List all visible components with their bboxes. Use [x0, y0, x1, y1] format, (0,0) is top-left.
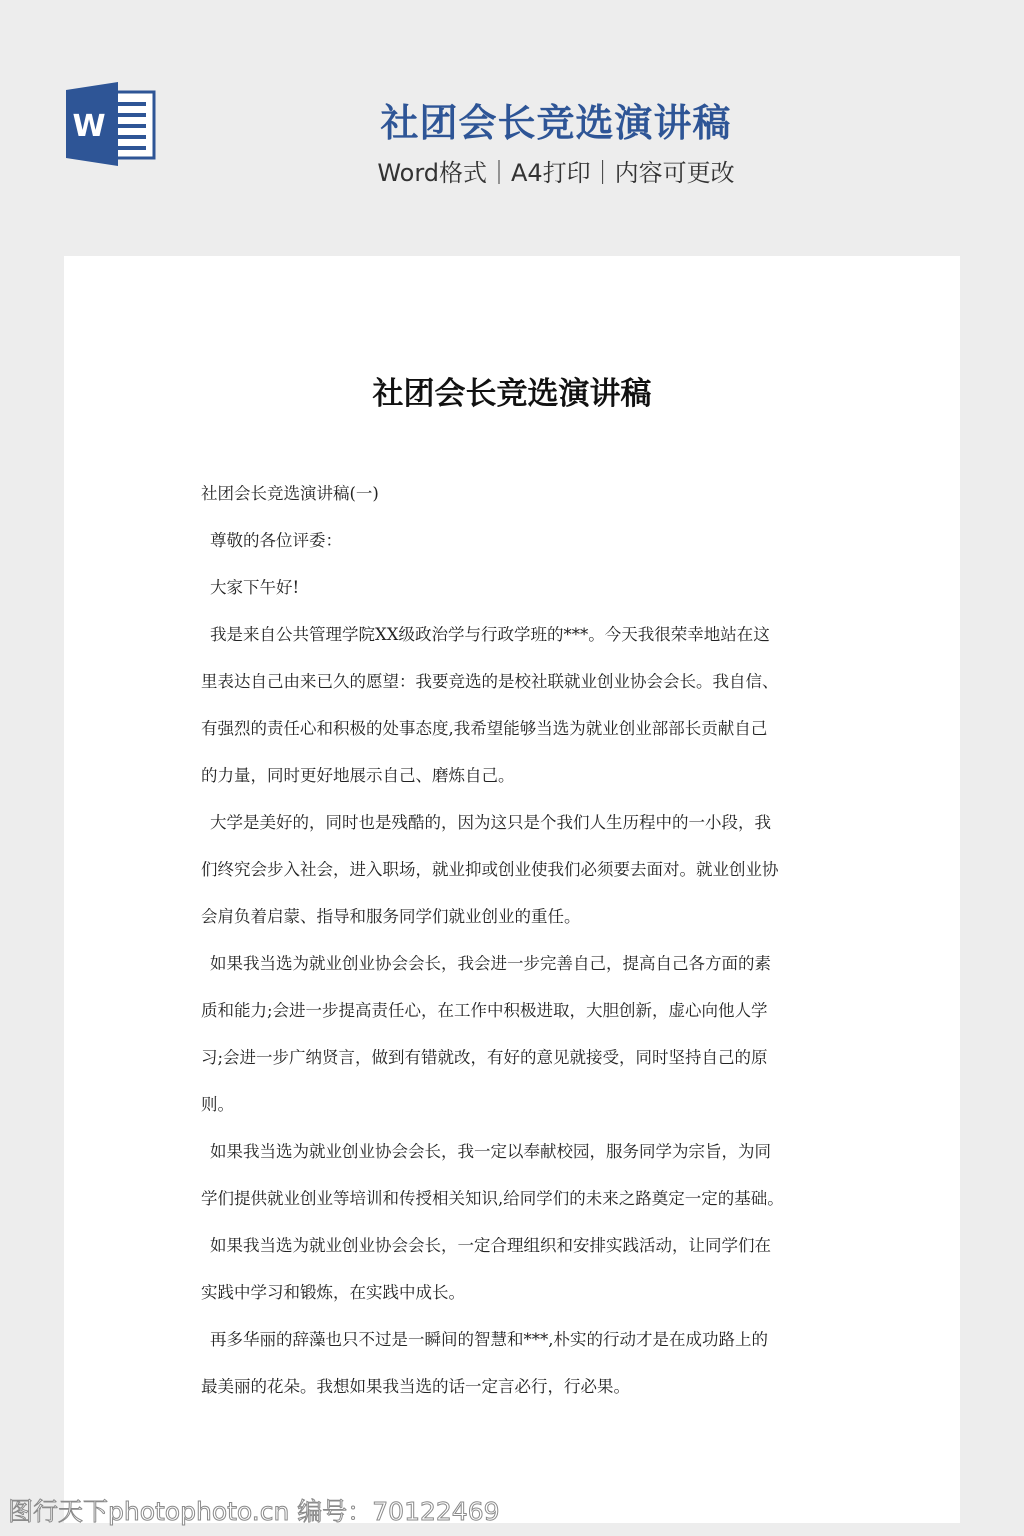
document-line: 里表达自己由来已久的愿望：我要竞选的是校社联就业创业协会会长。我自信、	[201, 658, 841, 705]
document-line: 大家下午好!	[201, 564, 841, 611]
document-line: 实践中学习和锻炼，在实践中成长。	[201, 1269, 841, 1316]
document-line: 会肩负着启蒙、指导和服务同学们就业创业的重任。	[201, 893, 841, 940]
document-line: 有强烈的责任心和积极的处事态度,我希望能够当选为就业创业部部长贡献自己	[201, 705, 841, 752]
svg-text:W: W	[72, 109, 105, 144]
document-line: 学们提供就业创业等培训和传授相关知识,给同学们的未来之路奠定一定的基础。	[201, 1175, 841, 1222]
document-line: 尊敬的各位评委：	[201, 517, 841, 564]
document-line: 如果我当选为就业创业协会会长，我会进一步完善自己，提高自己各方面的素	[201, 940, 841, 987]
document-line: 质和能力;会进一步提高责任心，在工作中积极进取，大胆创新，虚心向他人学	[201, 987, 841, 1034]
header: W 社团会长竞选演讲稿 Word格式｜A4打印｜内容可更改	[0, 0, 1024, 256]
watermark: 图行天下photophoto.cn 编号：70122469	[8, 1492, 500, 1528]
document-line: 的力量，同时更好地展示自己、磨炼自己。	[201, 752, 841, 799]
document-line: 大学是美好的，同时也是残酷的，因为这只是个我们人生历程中的一小段，我	[201, 799, 841, 846]
document-line: 习;会进一步广纳贤言，做到有错就改，有好的意见就接受，同时坚持自己的原	[201, 1034, 841, 1081]
header-subtitle: Word格式｜A4打印｜内容可更改	[300, 153, 812, 188]
document-body: 社团会长竞选演讲稿(一)尊敬的各位评委：大家下午好!我是来自公共管理学院XX级政…	[201, 470, 841, 1410]
document-line: 最美丽的花朵。我想如果我当选的话一定言必行，行必果。	[201, 1363, 841, 1410]
document-line: 们终究会步入社会，进入职场，就业抑或创业使我们必须要去面对。就业创业协	[201, 846, 841, 893]
document-page: 社团会长竞选演讲稿 社团会长竞选演讲稿(一)尊敬的各位评委：大家下午好!我是来自…	[64, 256, 960, 1523]
document-title: 社团会长竞选演讲稿	[64, 368, 960, 413]
word-document-icon: W	[64, 82, 156, 166]
document-line: 我是来自公共管理学院XX级政治学与行政学班的***。今天我很荣幸地站在这	[201, 611, 841, 658]
document-line: 再多华丽的辞藻也只不过是一瞬间的智慧和***,朴实的行动才是在成功路上的	[201, 1316, 841, 1363]
header-title: 社团会长竞选演讲稿	[300, 92, 812, 147]
document-line: 如果我当选为就业创业协会会长，我一定以奉献校园，服务同学为宗旨，为同	[201, 1128, 841, 1175]
document-line: 社团会长竞选演讲稿(一)	[201, 470, 841, 517]
document-line: 则。	[201, 1081, 841, 1128]
document-line: 如果我当选为就业创业协会会长，一定合理组织和安排实践活动，让同学们在	[201, 1222, 841, 1269]
